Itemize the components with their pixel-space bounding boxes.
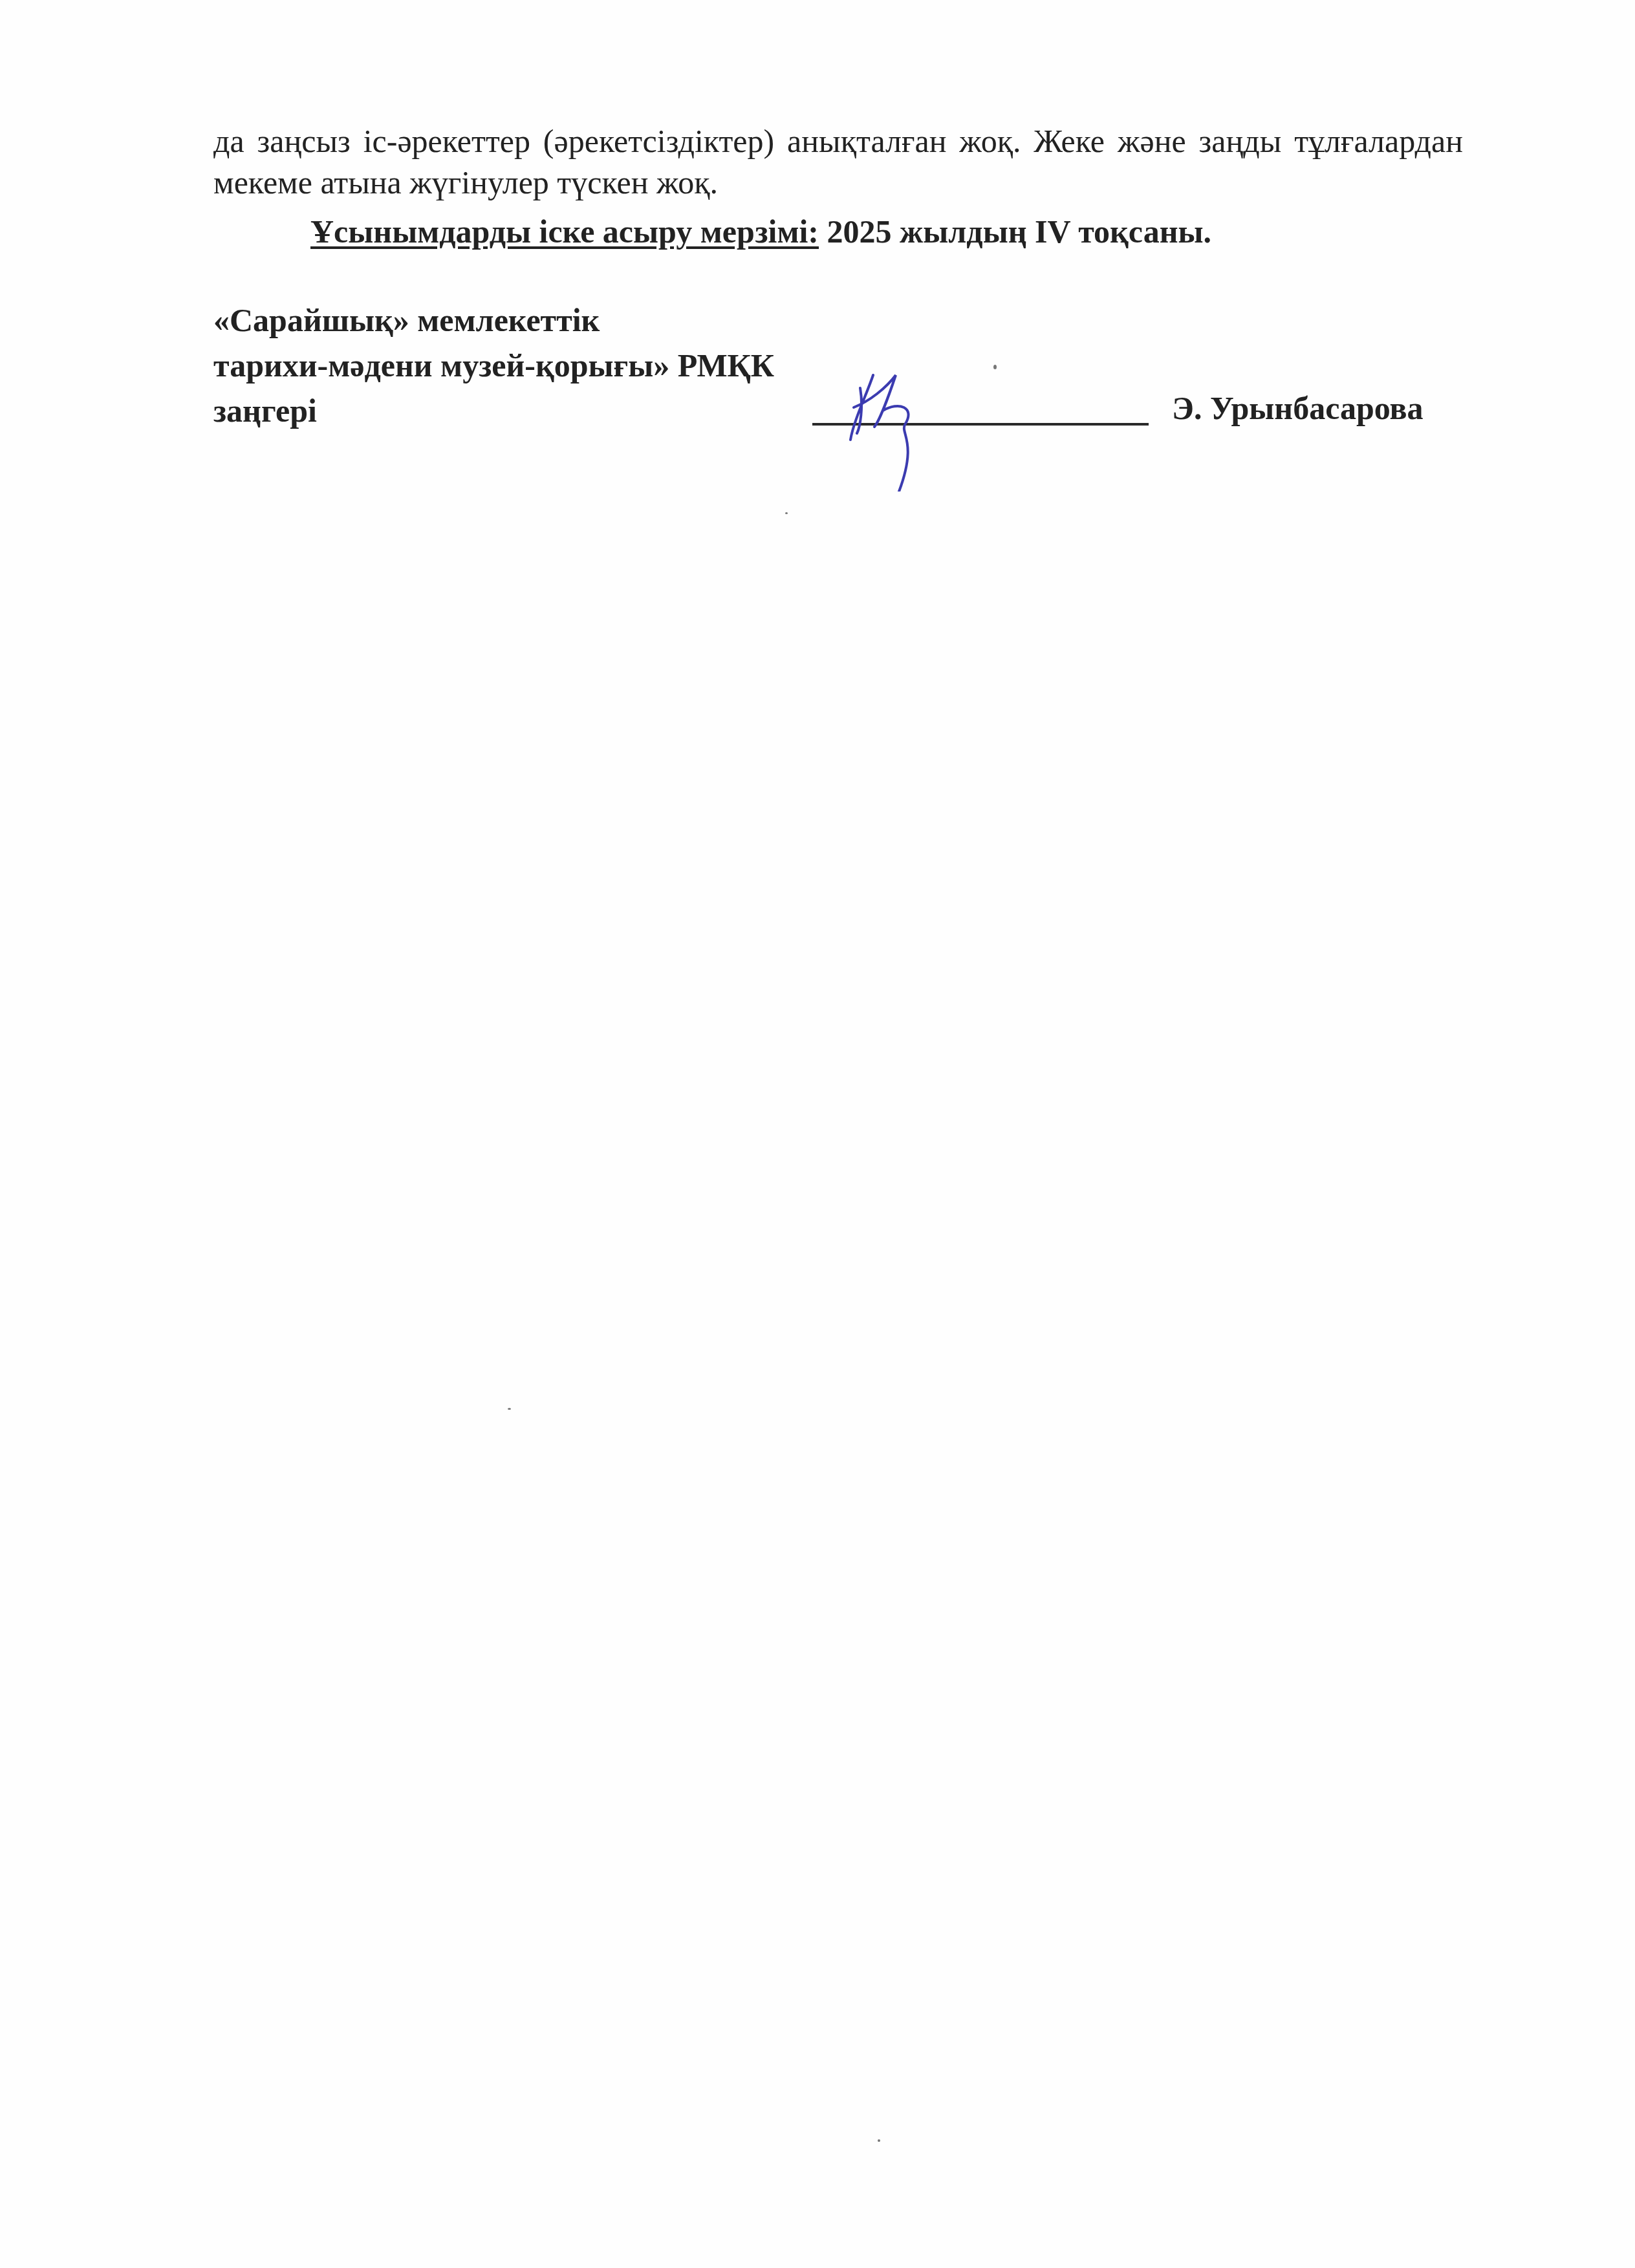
- scan-speck: [508, 1408, 511, 1410]
- signatory-block: «Сарайшық» мемлекеттік тарихи-мәдени муз…: [213, 297, 774, 433]
- handwritten-signature-icon: [834, 349, 990, 491]
- deadline-label: Ұсынымдарды іске асыру мерзімі:: [310, 213, 819, 250]
- scan-speck: [785, 512, 788, 514]
- signatory-org-line-2: тарихи-мәдени музей-қорығы» РМҚК: [213, 343, 774, 388]
- signatory-org-line-1: «Сарайшық» мемлекеттік: [213, 297, 774, 343]
- document-page: да заңсыз іс-әрекеттер (әрекетсіздіктер)…: [0, 0, 1635, 2268]
- scan-speck: [993, 365, 997, 369]
- signatory-name: Э. Урынбасарова: [1172, 385, 1424, 431]
- signatory-position: заңгері: [213, 388, 774, 433]
- deadline-value: 2025 жылдың IV тоқсаны.: [819, 213, 1211, 250]
- body-paragraph: да заңсыз іс-әрекеттер (әрекетсіздіктер)…: [213, 120, 1463, 203]
- scan-speck: [878, 2139, 880, 2142]
- implementation-deadline: Ұсынымдарды іске асыру мерзімі: 2025 жыл…: [310, 211, 1211, 252]
